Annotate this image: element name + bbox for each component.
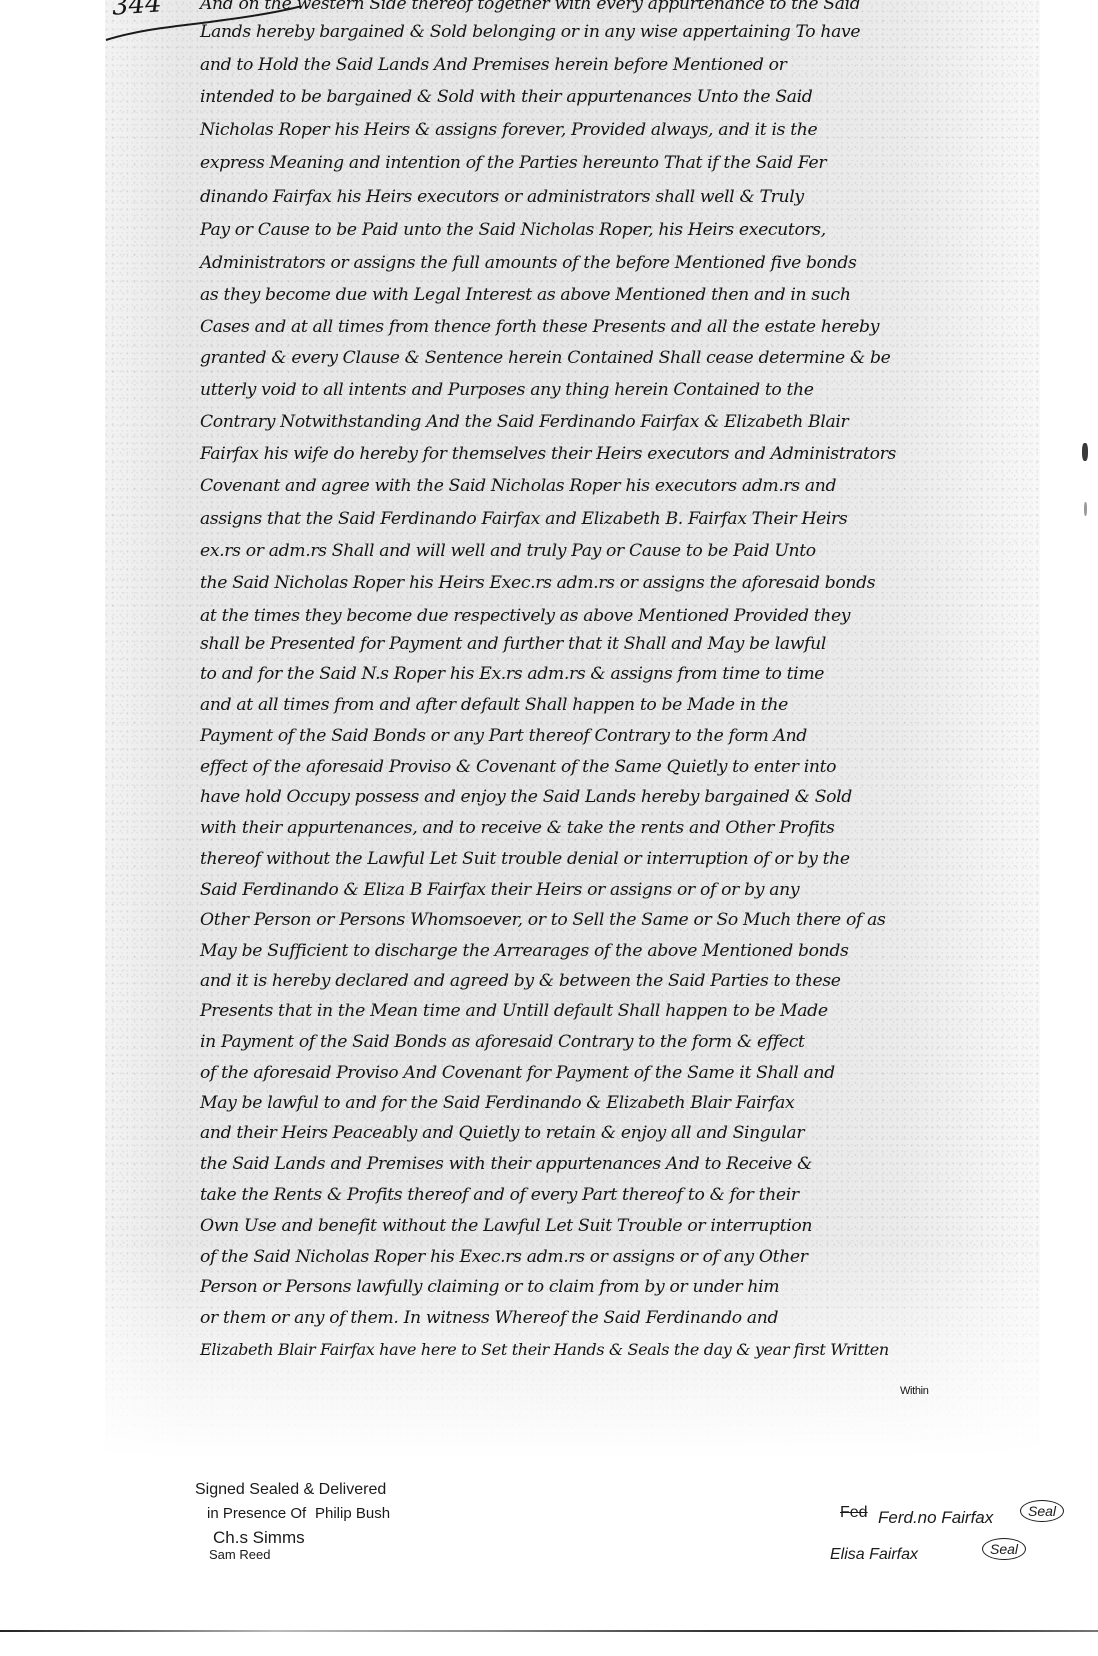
body-line: ex.rs or adm.rs Shall and will well and … <box>200 541 816 561</box>
body-line: effect of the aforesaid Proviso & Covena… <box>200 757 836 777</box>
body-line: May be lawful to and for the Said Ferdin… <box>200 1093 794 1113</box>
signature-ferdinando-fairfax: Ferd.no Fairfax <box>878 1508 993 1528</box>
body-line: utterly void to all intents and Purposes… <box>200 380 814 400</box>
body-line: intended to be bargained & Sold with the… <box>200 87 812 107</box>
witness-name: Ch.s Simms <box>213 1529 305 1546</box>
body-line: with their appurtenances, and to receive… <box>200 818 834 838</box>
body-line: or them or any of them. In witness Where… <box>200 1308 778 1328</box>
body-line: Presents that in the Mean time and Until… <box>200 1001 828 1021</box>
body-line: Payment of the Said Bonds or any Part th… <box>200 726 807 746</box>
insertion-within: Within <box>900 1385 928 1397</box>
witness-name: Sam Reed <box>209 1548 270 1561</box>
witness-presence-label: in Presence Of <box>207 1506 306 1521</box>
body-line: the Said Lands and Premises with their a… <box>200 1154 812 1174</box>
seal-mark: Seal <box>1020 1500 1064 1522</box>
body-line: Lands hereby bargained & Sold belonging … <box>200 22 860 42</box>
body-line: Nicholas Roper his Heirs & assigns forev… <box>200 120 817 140</box>
body-line: and their Heirs Peaceably and Quietly to… <box>200 1123 804 1143</box>
body-line-final: Elizabeth Blair Fairfax have here to Set… <box>200 1340 889 1359</box>
witness-name: Philip Bush <box>315 1506 390 1521</box>
body-line: to and for the Said N.s Roper his Ex.rs … <box>200 664 824 684</box>
body-line: Fairfax his wife do hereby for themselve… <box>200 444 896 464</box>
body-line: Own Use and benefit without the Lawful L… <box>200 1216 812 1236</box>
body-line: assigns that the Said Ferdinando Fairfax… <box>200 509 847 529</box>
body-line: the Said Nicholas Roper his Heirs Exec.r… <box>200 573 875 593</box>
body-line: and to Hold the Said Lands And Premises … <box>200 55 787 75</box>
body-line: at the times they become due respectivel… <box>200 606 850 626</box>
margin-ink-mark <box>1084 502 1087 516</box>
body-line: thereof without the Lawful Let Suit trou… <box>200 849 850 869</box>
body-line: of the aforesaid Proviso And Covenant fo… <box>200 1063 835 1083</box>
body-line: Pay or Cause to be Paid unto the Said Ni… <box>200 220 826 240</box>
body-line: Contrary Notwithstanding And the Said Fe… <box>200 412 848 432</box>
body-line: Said Ferdinando & Eliza B Fairfax their … <box>200 880 799 900</box>
body-line: Covenant and agree with the Said Nichola… <box>200 476 836 496</box>
margin-ink-blot <box>1082 443 1088 461</box>
body-line: as they become due with Legal Interest a… <box>200 285 851 305</box>
body-line: take the Rents & Profits thereof and of … <box>200 1185 799 1205</box>
body-line: Person or Persons lawfully claiming or t… <box>200 1277 779 1297</box>
body-line: and it is hereby declared and agreed by … <box>200 971 841 991</box>
body-line: Other Person or Persons Whomsoever, or t… <box>200 910 885 930</box>
body-line: in Payment of the Said Bonds as aforesai… <box>200 1032 805 1052</box>
struck-signature: Fed <box>840 1504 868 1522</box>
body-line: and at all times from and after default … <box>200 695 788 715</box>
body-line: Cases and at all times from thence forth… <box>200 317 879 337</box>
scan-edge-line <box>0 1630 1098 1632</box>
body-line: May be Sufficient to discharge the Arrea… <box>200 941 848 961</box>
body-line: Administrators or assigns the full amoun… <box>200 253 857 273</box>
body-line: shall be Presented for Payment and furth… <box>200 634 826 654</box>
body-line: of the Said Nicholas Roper his Exec.rs a… <box>200 1247 808 1267</box>
seal-mark: Seal <box>982 1538 1026 1560</box>
body-line: express Meaning and intention of the Par… <box>200 153 826 173</box>
body-line: granted & every Clause & Sentence herein… <box>200 348 890 368</box>
body-line: dinando Fairfax his Heirs executors or a… <box>200 187 804 207</box>
signature-elisa-fairfax: Elisa Fairfax <box>830 1546 918 1564</box>
witness-heading: Signed Sealed & Delivered <box>195 1482 386 1498</box>
body-line: have hold Occupy possess and enjoy the S… <box>200 787 852 807</box>
body-line: And on the western Side thereof together… <box>200 0 860 14</box>
